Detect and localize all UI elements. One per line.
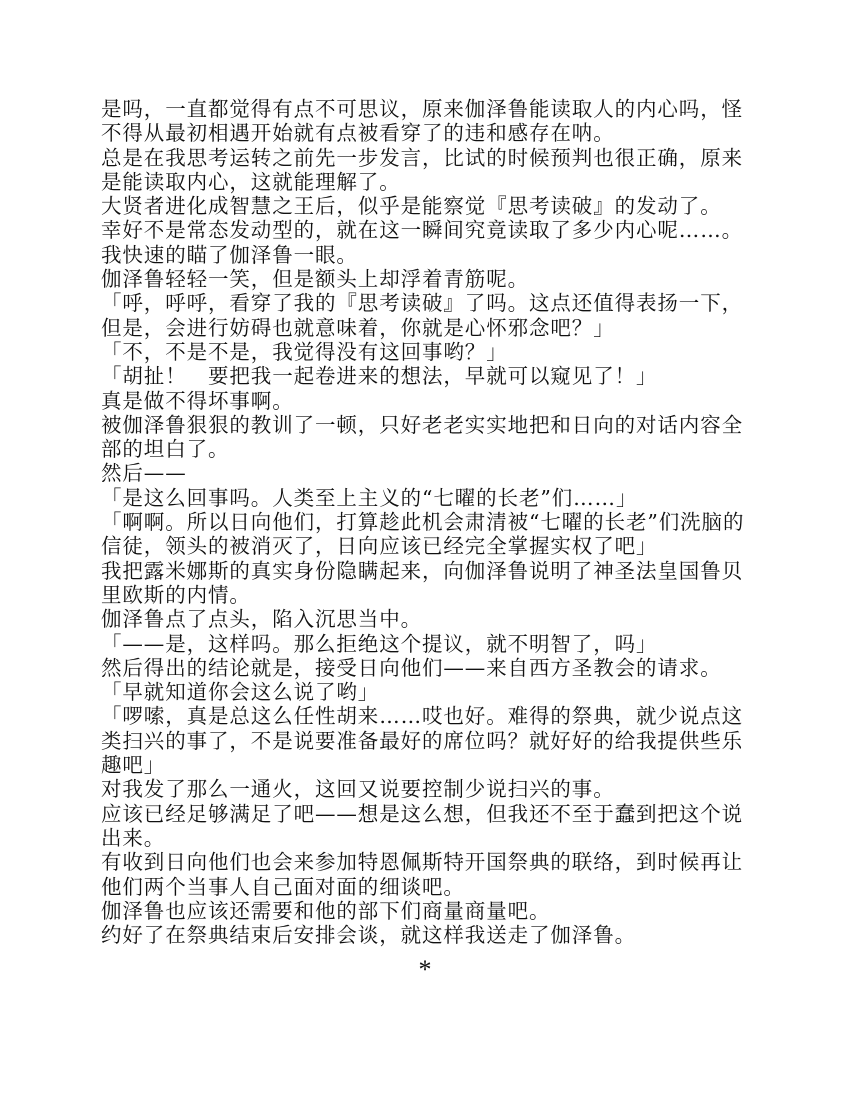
- paragraph: 幸好不是常态发动型的，就在这一瞬间究竟读取了多少内心呢……。: [101, 218, 747, 242]
- dialogue-paragraph: 「不，不是不是，我觉得没有这回事哟？」: [101, 340, 747, 364]
- paragraph: 是吗，一直都觉得有点不可思议，原来伽泽鲁能读取人的内心吗，怪不得从最初相遇开始就…: [101, 97, 747, 146]
- paragraph: 大贤者进化成智慧之王后，似乎是能察觉『思考读破』的发动了。: [101, 194, 747, 218]
- document-body: 是吗，一直都觉得有点不可思议，原来伽泽鲁能读取人的内心吗，怪不得从最初相遇开始就…: [101, 97, 747, 947]
- paragraph: 伽泽鲁轻轻一笑，但是额头上却浮着青筋呢。: [101, 267, 747, 291]
- dialogue-paragraph: 「——是，这样吗。那么拒绝这个提议，就不明智了，吗」: [101, 632, 747, 656]
- paragraph: 有收到日向他们也会来参加特恩佩斯特开国祭典的联络，到时候再让他们两个当事人自己面…: [101, 850, 747, 899]
- paragraph: 对我发了那么一通火，这回又说要控制少说扫兴的事。: [101, 777, 747, 801]
- paragraph: 然后得出的结论就是，接受日向他们——来自西方圣教会的请求。: [101, 656, 747, 680]
- dialogue-paragraph: 「胡扯！ 要把我一起卷进来的想法，早就可以窥见了！」: [101, 364, 747, 388]
- paragraph: 真是做不得坏事啊。: [101, 389, 747, 413]
- dialogue-paragraph: 「早就知道你会这么说了哟」: [101, 680, 747, 704]
- dialogue-paragraph: 「啊啊。所以日向他们，打算趁此机会肃清被“七曜的长老”们洗脑的信徒，领头的被消灭…: [101, 510, 747, 559]
- dialogue-paragraph: 「呼，呼呼，看穿了我的『思考读破』了吗。这点还值得表扬一下，但是，会进行妨碍也就…: [101, 291, 747, 340]
- paragraph: 我把露米娜斯的真实身份隐瞒起来，向伽泽鲁说明了神圣法皇国鲁贝里欧斯的内情。: [101, 559, 747, 608]
- paragraph: 伽泽鲁点了点头，陷入沉思当中。: [101, 607, 747, 631]
- scene-break-asterisk: *: [0, 955, 850, 985]
- paragraph: 约好了在祭典结束后安排会谈，就这样我送走了伽泽鲁。: [101, 923, 747, 947]
- paragraph: 伽泽鲁也应该还需要和他的部下们商量商量吧。: [101, 899, 747, 923]
- dialogue-paragraph: 「是这么回事吗。人类至上主义的“七曜的长老”们……」: [101, 486, 747, 510]
- paragraph: 被伽泽鲁狠狠的教训了一顿，只好老老实实地把和日向的对话内容全部的坦白了。: [101, 413, 747, 462]
- paragraph: 然后——: [101, 461, 747, 485]
- paragraph: 我快速的瞄了伽泽鲁一眼。: [101, 243, 747, 267]
- dialogue-paragraph: 「啰嗦，真是总这么任性胡来……哎也好。难得的祭典，就少说点这类扫兴的事了，不是说…: [101, 704, 747, 777]
- paragraph: 应该已经足够满足了吧——想是这么想，但我还不至于蠢到把这个说出来。: [101, 802, 747, 851]
- paragraph: 总是在我思考运转之前先一步发言，比试的时候预判也很正确，原来是能读取内心，这就能…: [101, 146, 747, 195]
